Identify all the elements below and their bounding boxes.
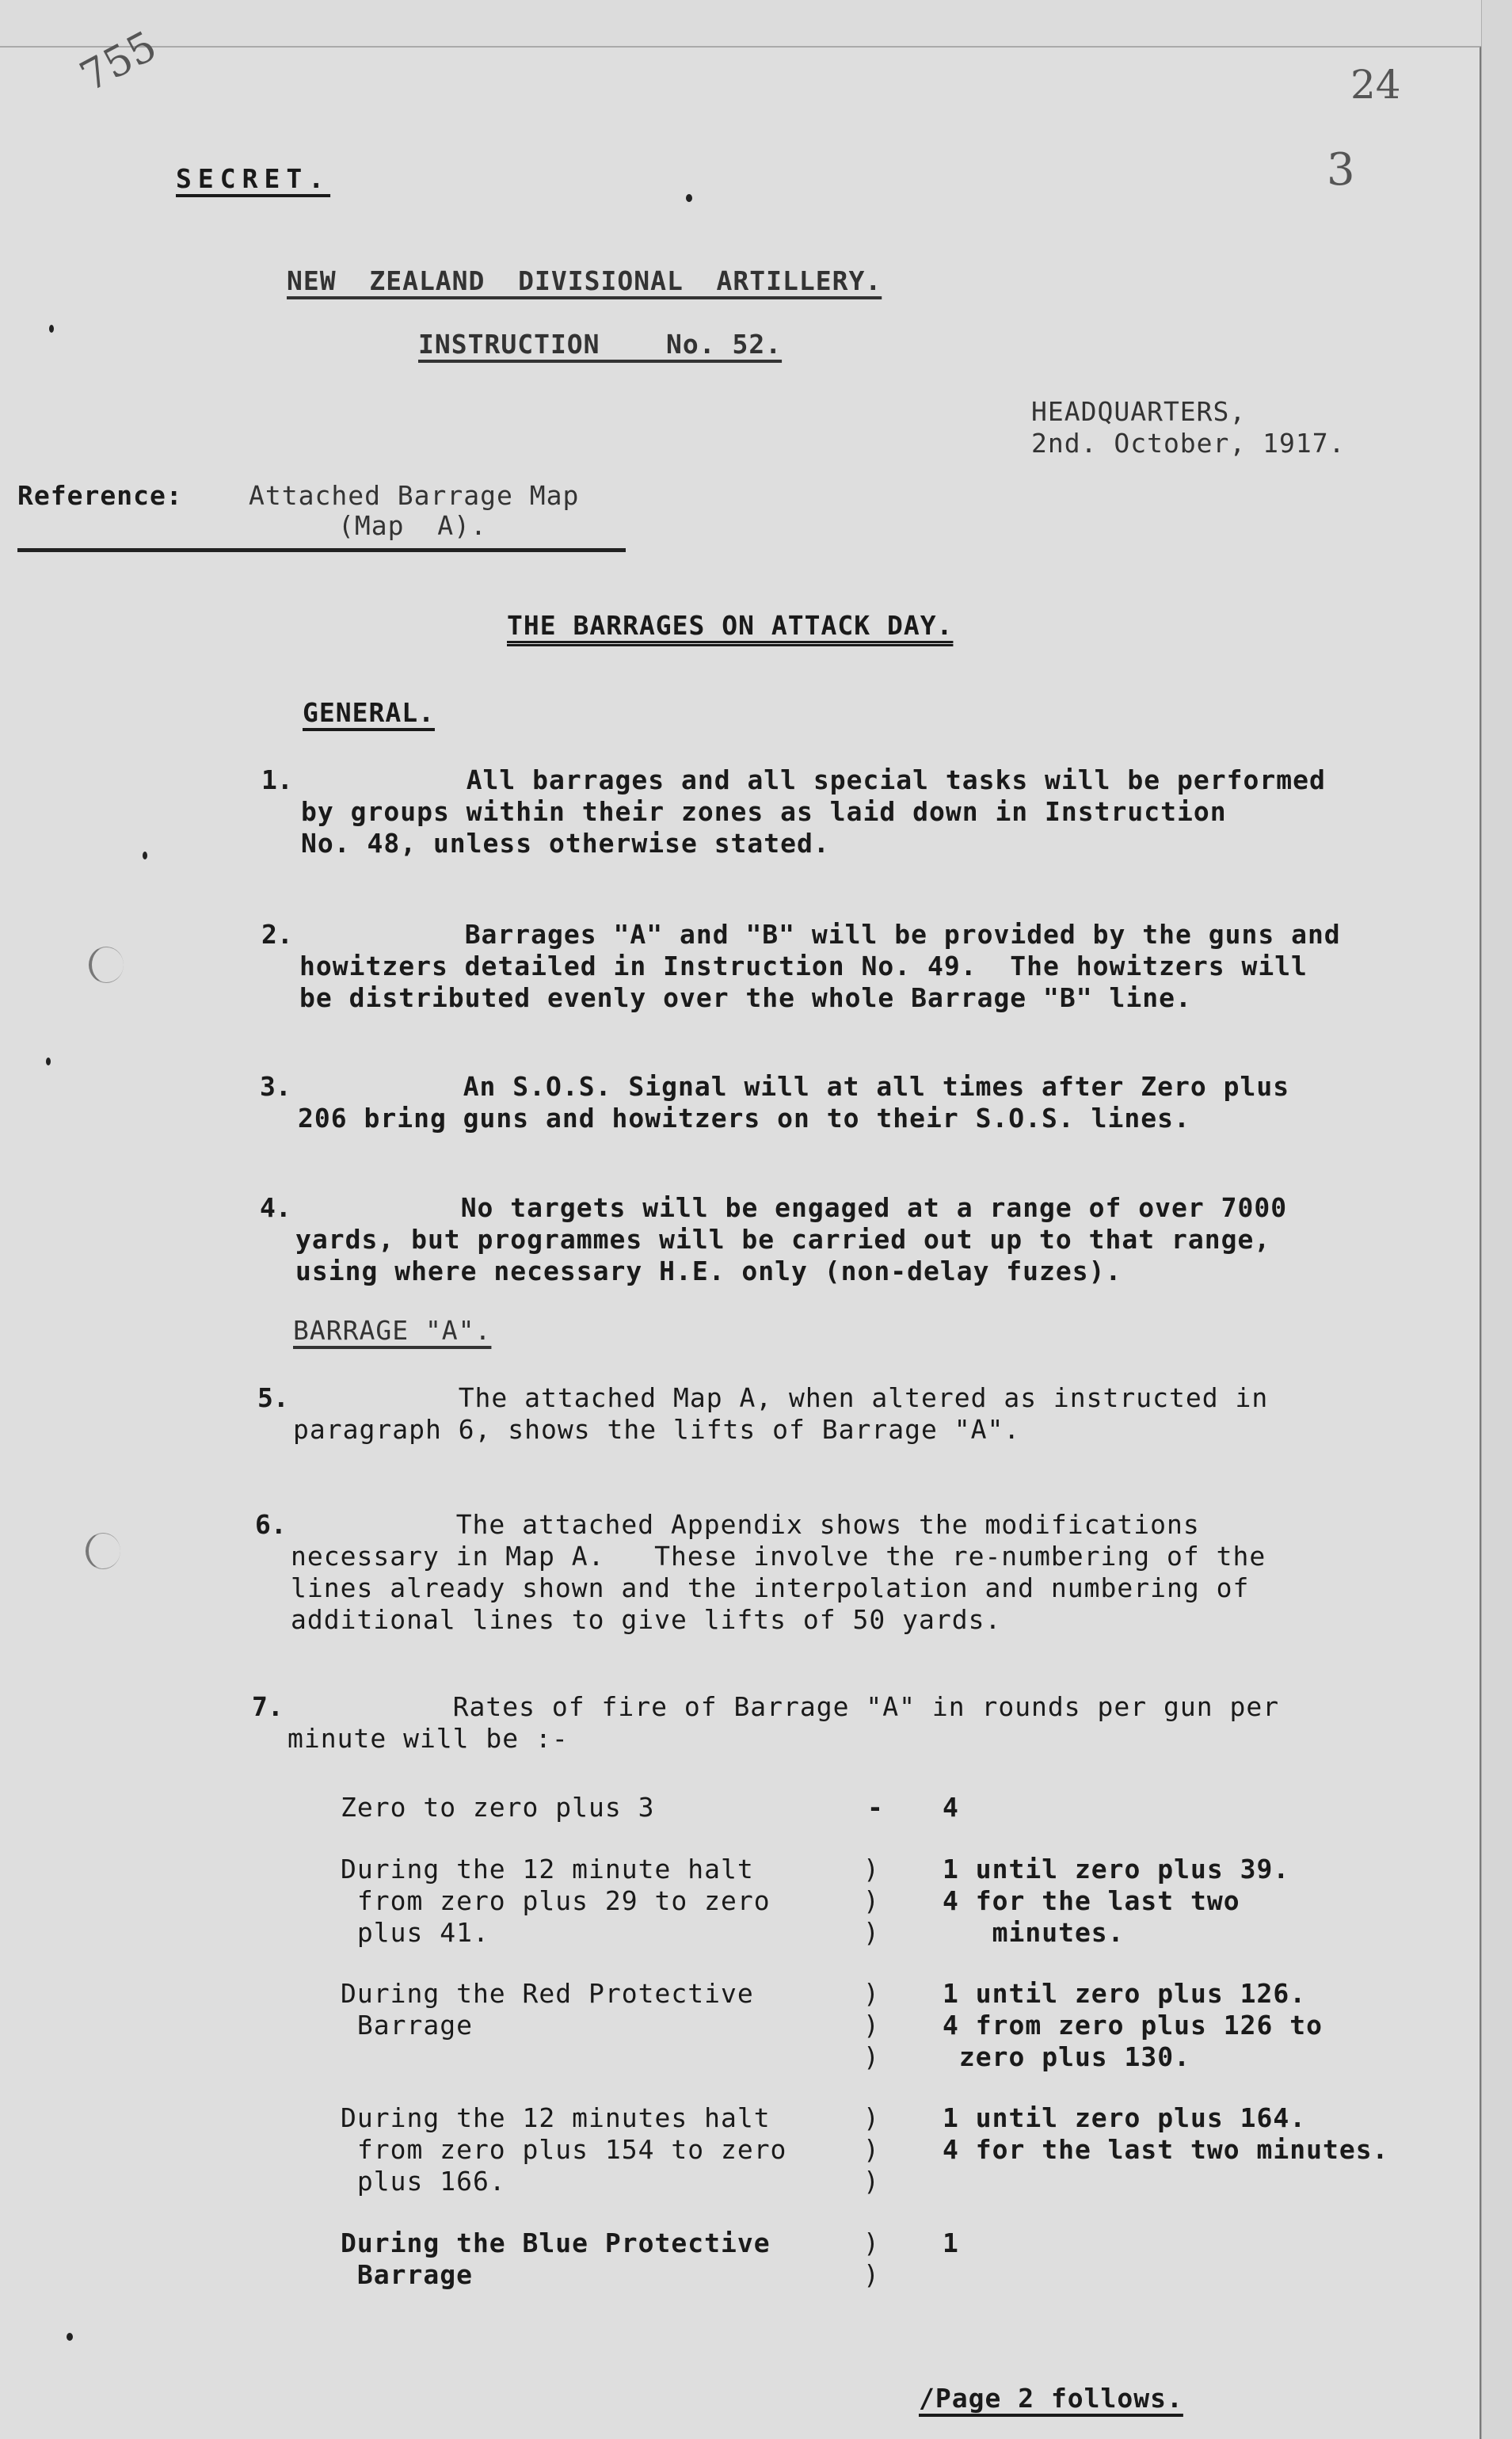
page-continuation-note: /Page 2 follows. [919,2383,1183,2414]
rate-value: 4 [943,1792,959,1824]
section-heading-barrage-a: BARRAGE "A". [293,1315,491,1347]
paragraph-2: 2. Barrages "A" and "B" will be provided… [261,919,1341,1014]
organization-title: NEW ZEALAND DIVISIONAL ARTILLERY. [287,265,882,297]
rate-value: 1 until zero plus 126. 4 from zero plus … [943,1978,1323,2073]
rate-separator: - [867,1792,883,1824]
document-date: 2nd. October, 1917. [1031,428,1346,459]
brace-icon: ) ) ) [863,1854,879,1949]
punch-hole-mark [89,947,124,983]
paragraph-number: 2. [261,919,293,950]
paragraph-number: 3. [260,1071,291,1102]
rate-value: 1 until zero plus 164. 4 for the last tw… [943,2102,1388,2166]
paragraph-number: 4. [260,1192,291,1223]
rate-period: During the Red Protective Barrage [341,1978,754,2041]
paragraph-6: 6. The attached Appendix shows the modif… [255,1509,1266,1636]
ink-speck [49,325,54,333]
paragraph-number: 5. [257,1382,289,1413]
paragraph-number: 1. [261,764,293,795]
reference-block: Reference: Attached Barrage Map (Map A). [17,475,626,552]
ink-speck [46,1058,51,1065]
ink-speck [67,2333,73,2341]
paragraph-7: 7. Rates of fire of Barrage "A" in round… [252,1691,1279,1755]
rate-period: During the 12 minutes halt from zero plu… [341,2102,786,2197]
instruction-number: INSTRUCTION No. 52. [418,329,782,360]
rate-value: 1 until zero plus 39. 4 for the last two… [943,1854,1289,1949]
paragraph-number: 6. [255,1509,287,1540]
punch-hole-mark [86,1533,120,1569]
brace-icon: ) ) [863,2227,879,2291]
rate-value: 1 [943,2227,959,2259]
ink-speck [686,194,692,202]
document-title: THE BARRAGES ON ATTACK DAY. [507,610,953,642]
paragraph-text: The attached Appendix shows the modifica… [291,1509,1266,1636]
page-edge-strip [1481,0,1512,2439]
paragraph-4: 4. No targets will be engaged at a range… [260,1192,1287,1287]
ink-speck [143,852,147,859]
reference-label: Reference: [17,480,183,512]
brace-icon: ) ) ) [863,1978,879,2073]
headquarters-label: HEADQUARTERS, [1031,396,1246,428]
rate-period: During the 12 minute halt from zero plus… [341,1854,771,1949]
paragraph-text: No targets will be engaged at a range of… [295,1192,1287,1287]
paragraph-text: Barrages "A" and "B" will be provided by… [299,919,1341,1014]
reference-line-2: (Map A). [338,510,487,542]
rate-period: Zero to zero plus 3 [341,1792,655,1824]
paragraph-text: The attached Map A, when altered as inst… [293,1382,1268,1446]
paragraph-text: All barrages and all special tasks will … [301,764,1326,859]
brace-icon: ) ) ) [863,2102,879,2197]
reference-line-1: Attached Barrage Map [249,480,579,512]
paragraph-text: An S.O.S. Signal will at all times after… [298,1071,1289,1134]
handwritten-page-number: 24 [1350,62,1401,108]
section-heading-general: GENERAL. [303,697,435,729]
paragraph-text: Rates of fire of Barrage "A" in rounds p… [288,1691,1279,1755]
paragraph-3: 3. An S.O.S. Signal will at all times af… [260,1071,1289,1134]
paragraph-number: 7. [252,1691,284,1722]
classification-marking: SECRET. [176,163,330,195]
rate-period: During the Blue Protective Barrage [341,2227,771,2291]
handwritten-folio-number: 3 [1327,144,1355,196]
paragraph-5: 5. The attached Map A, when altered as i… [257,1382,1268,1446]
paragraph-1: 1. All barrages and all special tasks wi… [261,764,1326,859]
